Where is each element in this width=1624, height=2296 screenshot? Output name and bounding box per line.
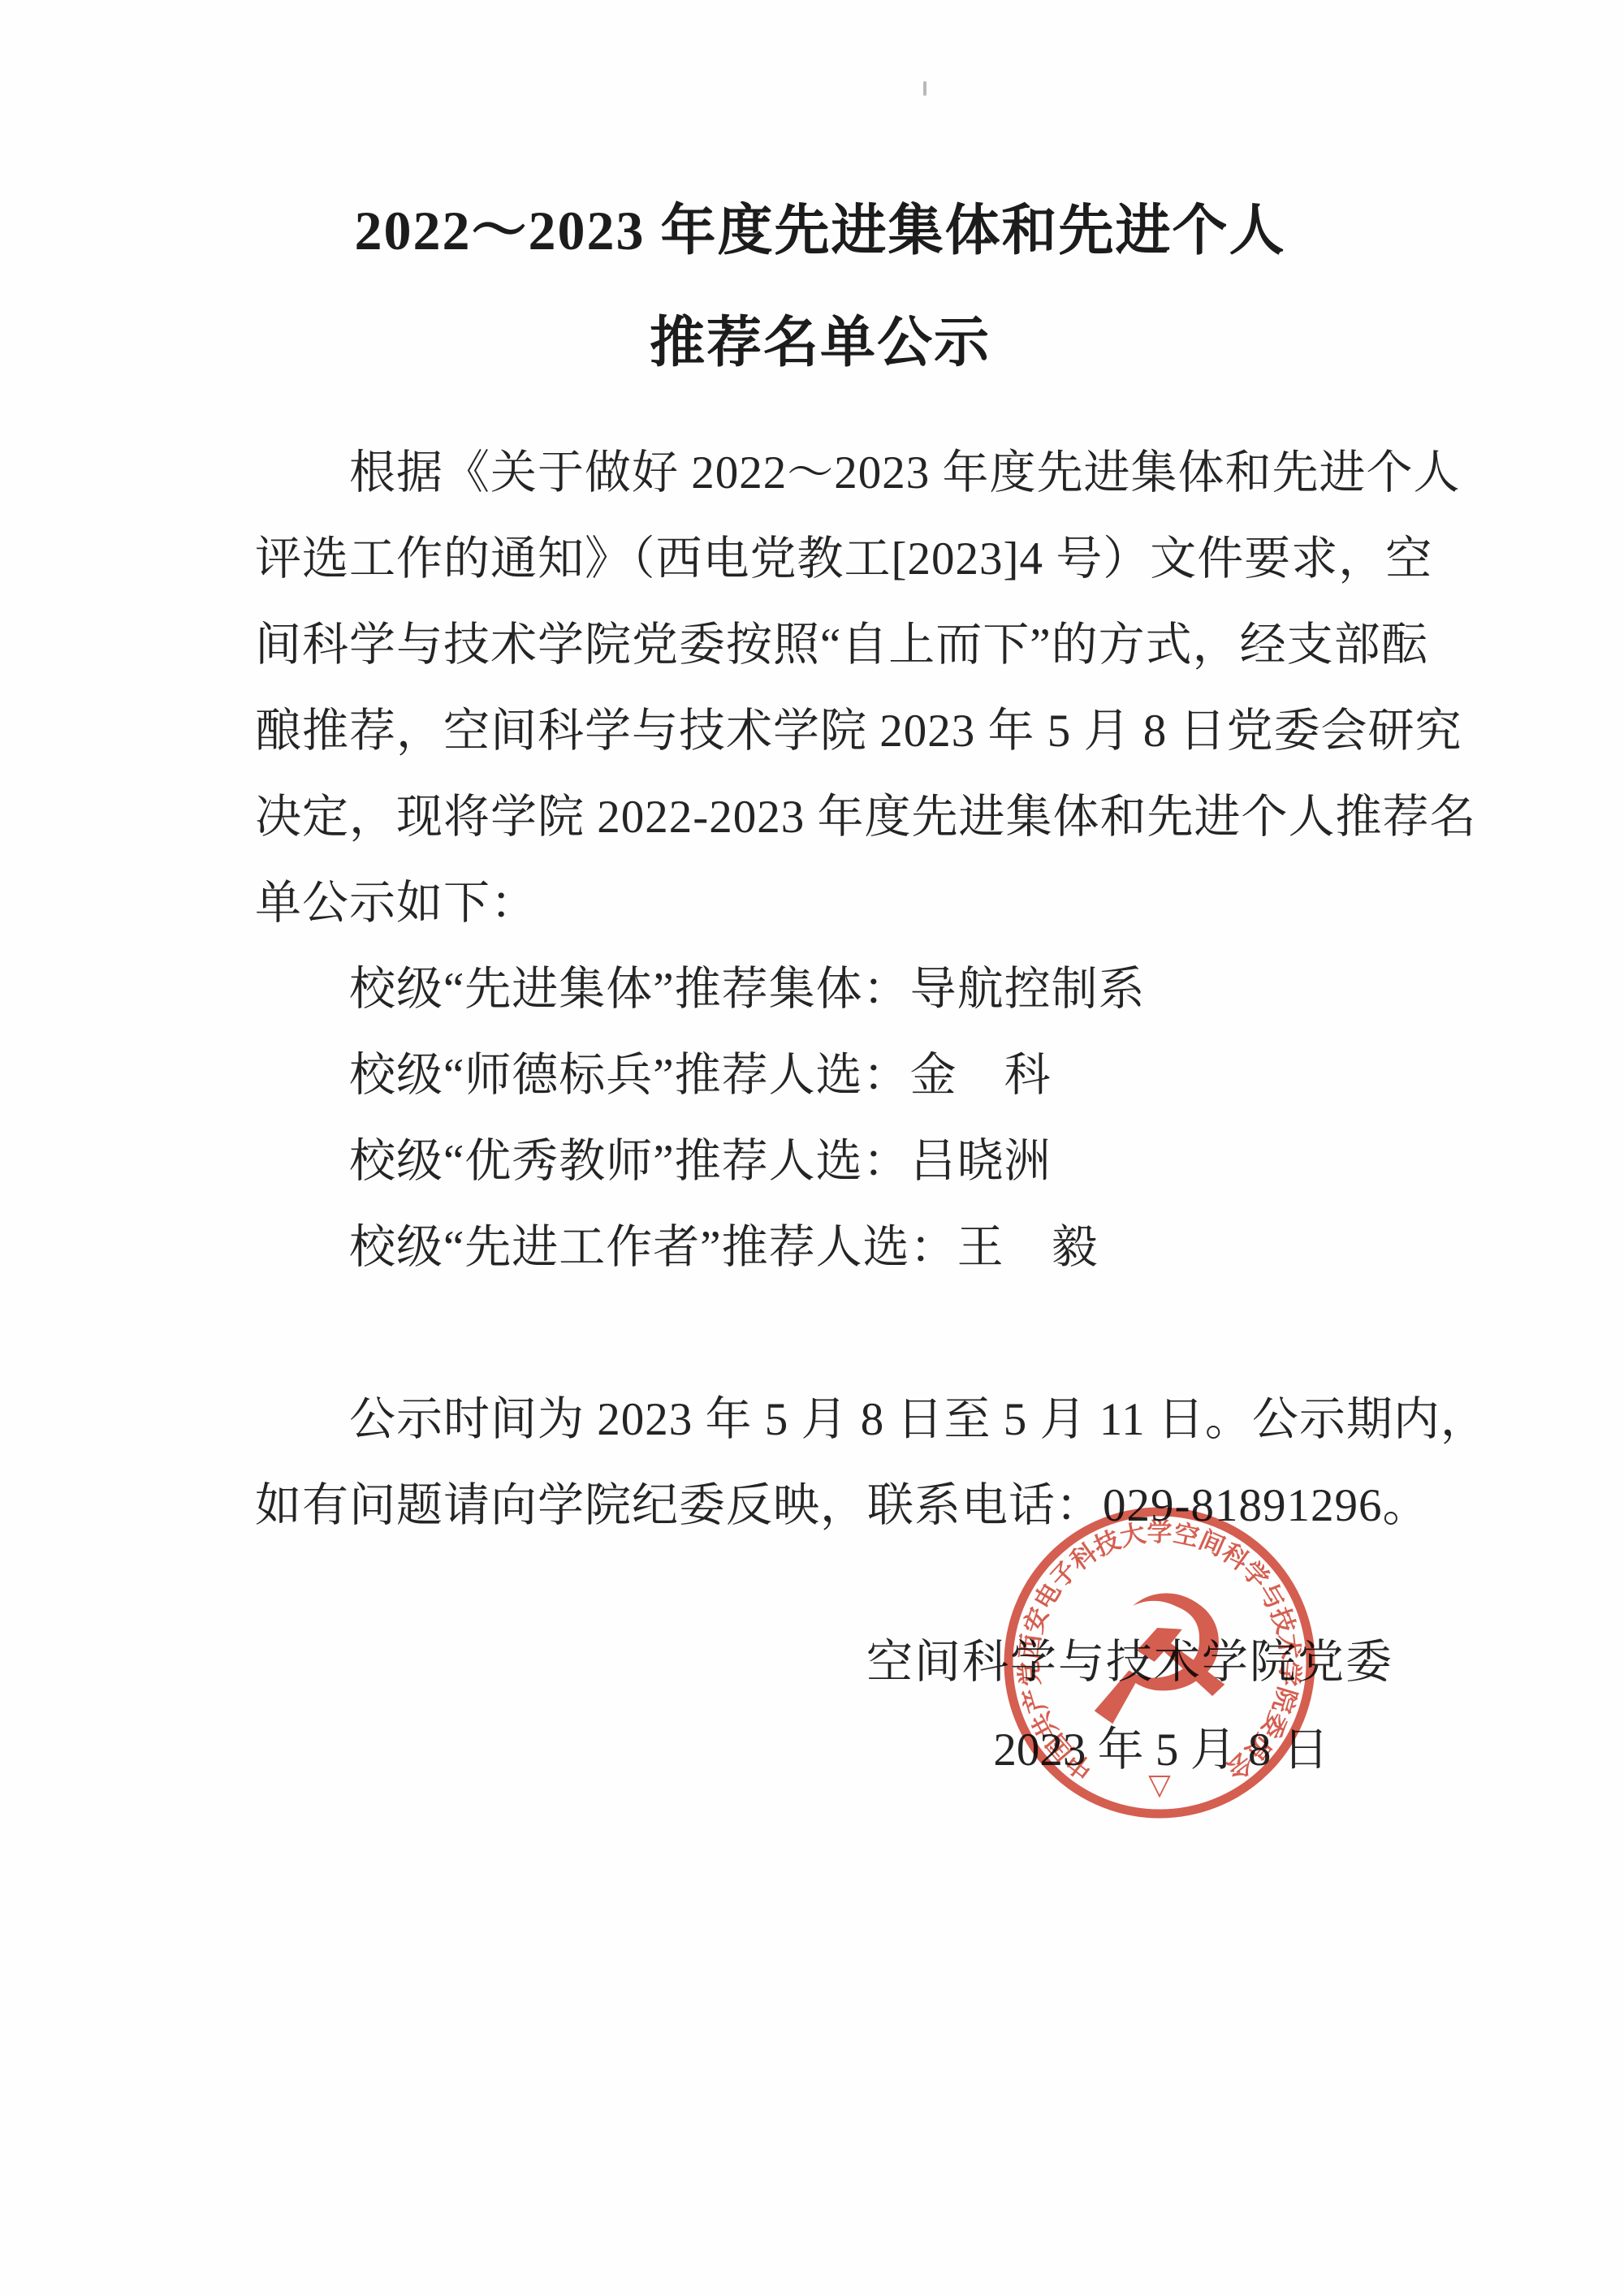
body-line: 决定，现将学院 2022-2023 年度先进集体和先进个人推荐名 [255,775,1392,861]
document-body: 根据《关于做好 2022～2023 年度先进集体和先进个人评选工作的通知》（西电… [255,430,1392,1549]
body-line: 校级“先进工作者”推荐人选：王 毅 [255,1205,1392,1291]
body-line: 单公示如下： [255,861,1392,947]
document-page: 2022～2023 年度先进集体和先进个人 推荐名单公示 根据《关于做好 202… [0,0,1624,2296]
body-line: 根据《关于做好 2022～2023 年度先进集体和先进个人 [255,430,1392,516]
scan-artifact [923,81,926,96]
body-line: 间科学与技术学院党委按照“自上而下”的方式，经支部酝 [255,602,1392,688]
body-line: 酿推荐，空间科学与技术学院 2023 年 5 月 8 日党委会研究 [255,688,1392,775]
body-line: 校级“先进集体”推荐集体：导航控制系 [255,947,1392,1033]
body-line: 评选工作的通知》（西电党教工[2023]4 号）文件要求，空 [255,516,1392,602]
body-line [255,1291,1392,1377]
hammer-and-sickle-icon: ☭ [1079,1558,1239,1766]
body-line: 公示时间为 2023 年 5 月 8 日至 5 月 11 日。公示期内， [255,1377,1392,1463]
body-line: 校级“师德标兵”推荐人选：金 科 [255,1033,1392,1119]
document-title-line2: 推荐名单公示 [255,315,1385,370]
seal-bottom-mark: ▽ [1148,1768,1171,1802]
body-line: 校级“优秀教师”推荐人选：吕晓洲 [255,1119,1392,1205]
official-seal-stamp: 中国共产党西安电子科技大学空间科学与技术学院委员会 ☭ ▽ [997,1500,1322,1825]
document-title-line1: 2022～2023 年度先进集体和先进个人 [255,203,1385,258]
